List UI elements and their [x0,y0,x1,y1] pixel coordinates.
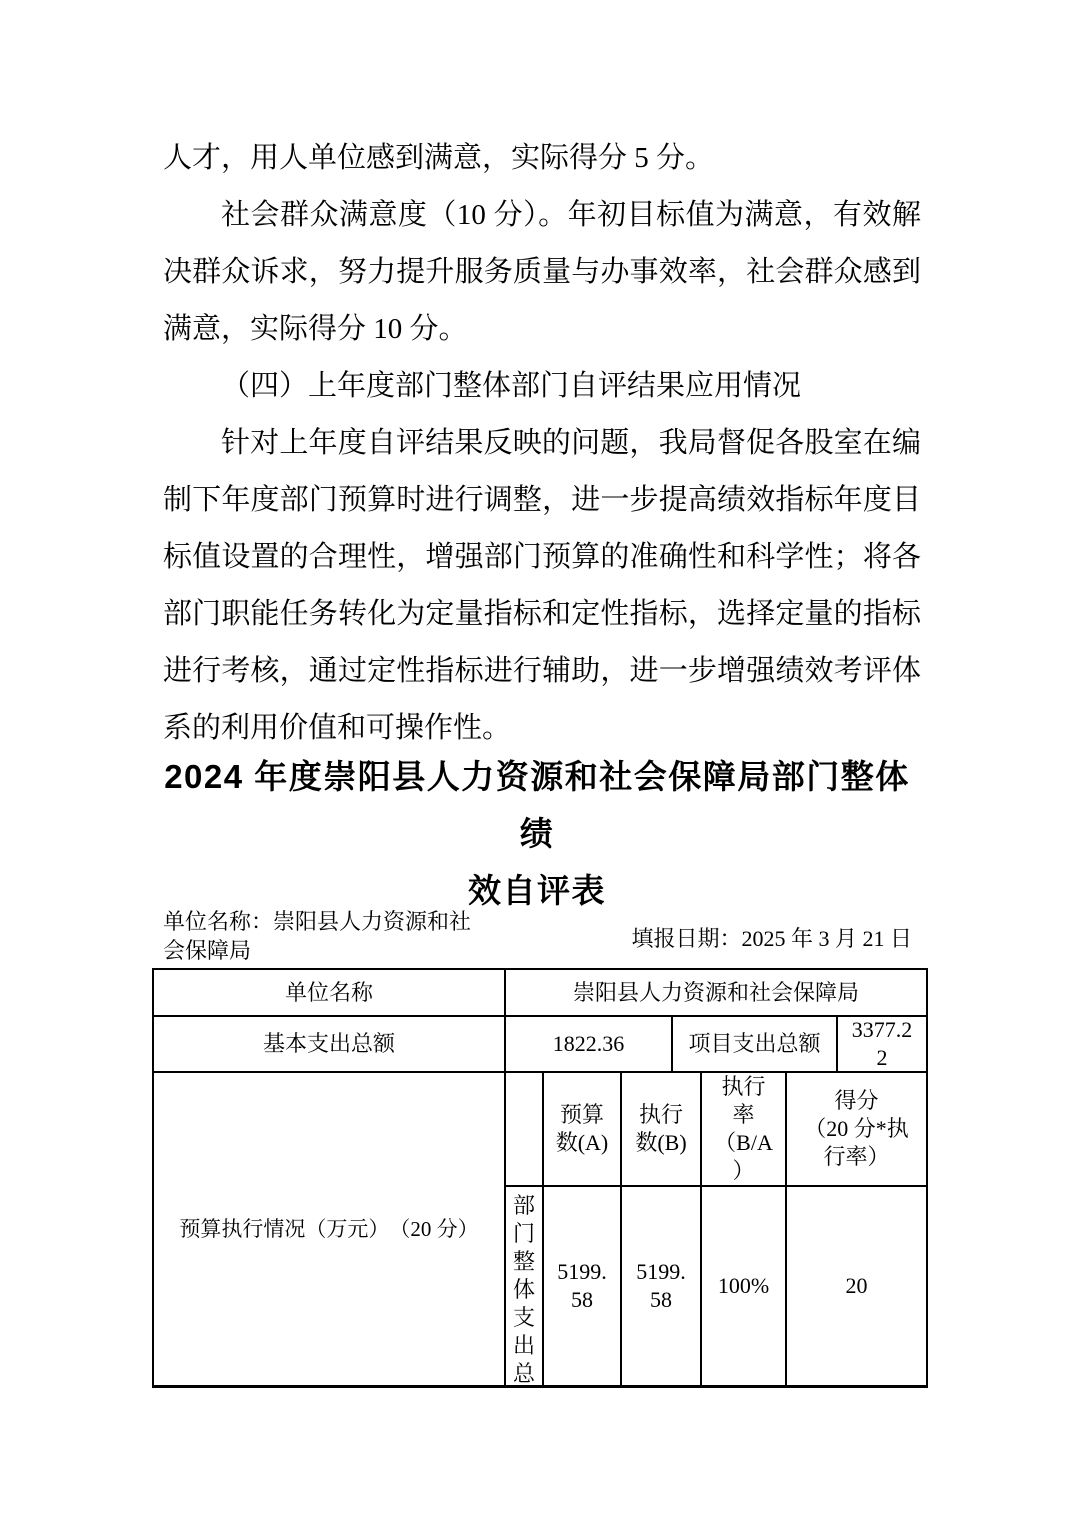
col-header-budget: 预算 数(A) [544,1073,622,1187]
unit-name-label: 单位名称：崇阳县人力资源和社会保障局 [163,907,477,965]
body-line: 针对上年度自评结果反映的问题，我局督促各股室在编 [163,415,921,472]
body-line: 部门职能任务转化为定量指标和定性指标，选择定量的指标 [163,586,921,643]
rate-value-cell: 100% [702,1187,787,1385]
dept-total-item-cell: 部门整体支出总 [506,1187,544,1385]
basic-expense-label-cell: 基本支出总额 [154,1017,506,1073]
body-line: 满意，实际得分 10 分。 [163,301,921,358]
body-line: 进行考核，通过定性指标进行辅助，进一步增强绩效考评体 [163,643,921,700]
body-line: 社会群众满意度（10 分）。年初目标值为满意，有效解 [163,187,921,244]
report-date-label: 填报日期：2025 年 3 月 21 日 [631,926,912,952]
project-expense-value-cell: 3377.2 2 [838,1017,926,1073]
unit-name-header-cell: 单位名称 [154,970,506,1017]
body-line: 人才，用人单位感到满意，实际得分 5 分。 [163,130,921,187]
budget-execution-section: 预算执行情况（万元） （20 分） 预算 数(A) 执行 数(B) 执行 率 （… [154,1073,926,1385]
document-page: 人才，用人单位感到满意，实际得分 5 分。 社会群众满意度（10 分）。年初目标… [0,0,1074,1520]
body-line: 制下年度部门预算时进行调整，进一步提高绩效指标年度目 [163,472,921,529]
budget-execution-label-cell: 预算执行情况（万元） （20 分） [154,1073,506,1385]
table-data-row: 部门整体支出总 5199. 58 5199. 58 100% 20 [506,1187,926,1385]
self-evaluation-table: 单位名称 崇阳县人力资源和社会保障局 基本支出总额 1822.36 项目支出总额… [152,968,928,1388]
budget-value-cell: 5199. 58 [544,1187,622,1385]
unit-name-value-cell: 崇阳县人力资源和社会保障局 [506,970,926,1017]
item-header-cell [506,1073,544,1187]
body-line: （四）上年度部门整体部门自评结果应用情况 [163,358,921,415]
body-paragraphs: 人才，用人单位感到满意，实际得分 5 分。 社会群众满意度（10 分）。年初目标… [163,130,921,757]
col-header-execution: 执行 数(B) [622,1073,702,1187]
budget-execution-grid: 预算 数(A) 执行 数(B) 执行 率 （B/A ） 得分 （20 分*执 行… [506,1073,926,1385]
table-header-row: 预算 数(A) 执行 数(B) 执行 率 （B/A ） 得分 （20 分*执 行… [506,1073,926,1187]
body-line: 决群众诉求，努力提升服务质量与办事效率，社会群众感到 [163,244,921,301]
execution-value-cell: 5199. 58 [622,1187,702,1385]
basic-expense-value-cell: 1822.36 [506,1017,673,1073]
project-expense-label-cell: 项目支出总额 [673,1017,838,1073]
col-header-rate: 执行 率 （B/A ） [702,1073,787,1187]
col-header-score: 得分 （20 分*执 行率） [787,1073,926,1187]
document-title-line-1: 2024 年度崇阳县人力资源和社会保障局部门整体绩 [157,748,917,862]
body-line: 标值设置的合理性，增强部门预算的准确性和科学性；将各 [163,529,921,586]
score-value-cell: 20 [787,1187,926,1385]
table-row: 基本支出总额 1822.36 项目支出总额 3377.2 2 [154,1017,926,1073]
table-row: 单位名称 崇阳县人力资源和社会保障局 [154,970,926,1017]
document-title: 2024 年度崇阳县人力资源和社会保障局部门整体绩 效自评表 [157,748,917,919]
